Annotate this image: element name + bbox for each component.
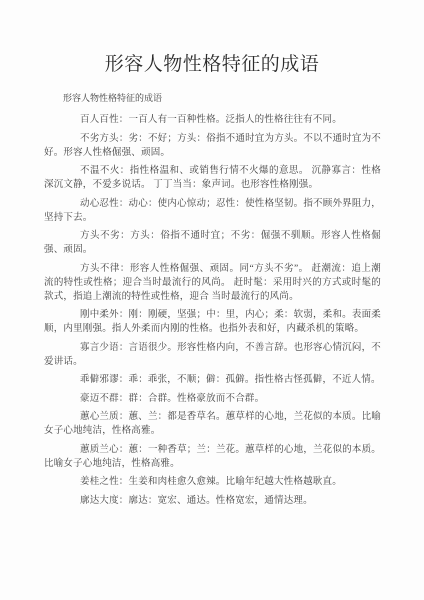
paragraph: 方头不劣：方头：俗指不通时宜；不劣：倔强不驯顺。形容人性格倔强、顽固。: [44, 229, 381, 257]
paragraph: 蕙心兰质：蕙、兰：都是香草名。蕙草样的心地，兰花似的本质。比喻女子心地纯洁，性格…: [44, 410, 381, 438]
document-body: 形容人物性格特征的成语 百人百性：一百人有一百种性格。泛指人的性格往往有不同。 …: [44, 93, 381, 508]
paragraph: 乖僻邪谬：乖：乖张，不顺；僻：孤僻。指性格古怪孤僻，不近人情。: [44, 373, 381, 387]
paragraph: 廓达大度：廓达：宽宏、通达。性格宽宏，通情达理。: [44, 494, 381, 508]
paragraph: 寡言少语：言语很少。形容性格内向，不善言辞。也形容心情沉闷，不爱讲话。: [44, 341, 381, 369]
paragraph: 百人百性：一百人有一百种性格。泛指人的性格往往有不同。: [44, 113, 381, 127]
document-page: 形容人物性格特征的成语 形容人物性格特征的成语 百人百性：一百人有一百种性格。泛…: [0, 0, 424, 600]
paragraph: 姜桂之性：生姜和肉桂愈久愈辣。比喻年纪越大性格越耿直。: [44, 475, 381, 489]
paragraph: 刚中柔外：刚：刚硬，坚强；中：里，内心；柔：软弱，柔和。表面柔顺，内里刚强。指人…: [44, 308, 381, 336]
paragraph: 豪迈不群：群：合群。性格豪放而不合群。: [44, 392, 381, 406]
paragraph: 方头不律：形容人性格倔强、顽固。同“方头不劣”。 赶潮流：追上潮流的特性或性格；…: [44, 262, 381, 304]
paragraph: 蕙质兰心：蕙：一种香草；兰：兰花。蕙草样的心地，兰花似的本质。比喻女子心地纯洁，…: [44, 443, 381, 471]
document-subheading: 形容人物性格特征的成语: [44, 93, 381, 104]
paragraph: 动心忍性：动心：使内心惊动；忍性：使性格坚韧。指不顾外界阻力，坚持下去。: [44, 197, 381, 225]
paragraph: 不劣方头：劣：不好；方头：俗指不通时宜为方头。不以不通时宜为不好。形容人性格倔强…: [44, 132, 381, 160]
document-title: 形容人物性格特征的成语: [0, 0, 424, 76]
paragraph: 不温不火：指性格温和、或销售行情不火爆的意思。 沉静寡言：性格深沉文静，不爱多说…: [44, 164, 381, 192]
